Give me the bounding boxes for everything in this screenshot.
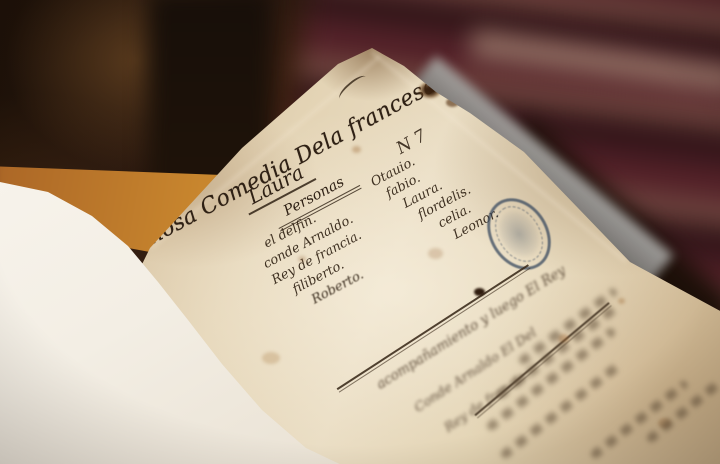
cast-list-right: Otauio. fabio. Laura. flordelis. celia. … [368,130,502,266]
ink-rule [337,264,531,392]
foxing-spot [352,146,361,153]
foxing-spot [262,352,280,364]
foxing-spot [618,298,625,304]
ink-blot [474,288,485,296]
stamp-inner-ring [485,197,552,270]
foxing-spot [428,248,443,259]
manuscript-photo: 18 famosa Comedia Dela francesa N 7 Laur… [0,0,720,464]
foxing-spot [298,256,306,262]
